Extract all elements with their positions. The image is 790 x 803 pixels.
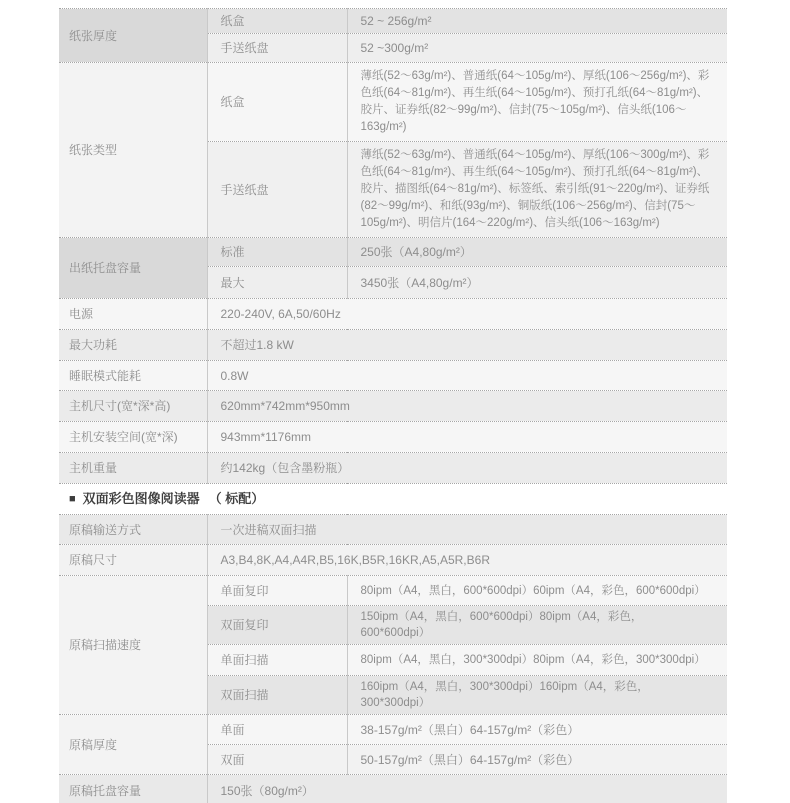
spec-value: 52 ~ 256g/m² — [347, 9, 727, 34]
spec-value: 不超过1.8 kW — [207, 330, 727, 361]
table-row: 睡眠模式能耗 0.8W — [59, 361, 727, 391]
spec-group-label: 纸张厚度 — [59, 9, 207, 63]
section-header: ■双面彩色图像阅读器（ 标配） — [59, 484, 727, 515]
table-row: 电源 220-240V, 6A,50/60Hz — [59, 299, 727, 330]
spec-value: 薄纸(52～63g/m²)、普通纸(64～105g/m²)、厚纸(106～256… — [347, 63, 727, 142]
section-header-row: ■双面彩色图像阅读器（ 标配） — [59, 484, 727, 515]
spec-value: 0.8W — [207, 361, 727, 391]
spec-value: 约142kg（包含墨粉瓶） — [207, 453, 727, 484]
spec-sub-label: 双面扫描 — [207, 676, 347, 715]
table-row: 原稿扫描速度 单面复印 80ipm（A4，黑白，600*600dpi）60ipm… — [59, 576, 727, 606]
table-row: 最大功耗 不超过1.8 kW — [59, 330, 727, 361]
spec-value: 220-240V, 6A,50/60Hz — [207, 299, 727, 330]
spec-label: 主机重量 — [59, 453, 207, 484]
spec-label: 原稿输送方式 — [59, 515, 207, 545]
spec-sub-label: 单面复印 — [207, 576, 347, 606]
spec-value: 52 ~300g/m² — [347, 34, 727, 63]
spec-value: 3450张（A4,80g/m²） — [347, 267, 727, 299]
spec-sub-label: 手送纸盘 — [207, 34, 347, 63]
spec-label: 原稿托盘容量 — [59, 775, 207, 803]
spec-sub-label: 最大 — [207, 267, 347, 299]
section-title: 双面彩色图像阅读器 — [83, 491, 200, 506]
spec-value: 150ipm（A4，黑白，600*600dpi）80ipm（A4，彩色， 600… — [347, 606, 727, 645]
spec-sub-label: 双面复印 — [207, 606, 347, 645]
spec-value: 160ipm（A4，黑白，300*300dpi）160ipm（A4，彩色， 30… — [347, 676, 727, 715]
spec-group-label: 原稿扫描速度 — [59, 576, 207, 715]
spec-sub-label: 纸盒 — [207, 9, 347, 34]
spec-value: 80ipm（A4，黑白，600*600dpi）60ipm（A4，彩色，600*6… — [347, 576, 727, 606]
spec-value: 620mm*742mm*950mm — [207, 391, 727, 422]
spec-sub-label: 纸盒 — [207, 63, 347, 142]
table-row: 原稿输送方式 一次进稿双面扫描 — [59, 515, 727, 545]
spec-sub-label: 双面 — [207, 745, 347, 775]
table-row: 原稿厚度 单面 38-157g/m²（黑白）64-157g/m²（彩色） — [59, 715, 727, 745]
table-row: 原稿尺寸 A3,B4,8K,A4,A4R,B5,16K,B5R,16KR,A5,… — [59, 545, 727, 576]
spec-sub-label: 标准 — [207, 238, 347, 267]
spec-value: 50-157g/m²（黑白）64-157g/m²（彩色） — [347, 745, 727, 775]
spec-value: A3,B4,8K,A4,A4R,B5,16K,B5R,16KR,A5,A5R,B… — [207, 545, 727, 576]
table-row: 纸张类型 纸盒 薄纸(52～63g/m²)、普通纸(64～105g/m²)、厚纸… — [59, 63, 727, 142]
spec-label: 原稿尺寸 — [59, 545, 207, 576]
table-row: 纸张厚度 纸盒 52 ~ 256g/m² — [59, 9, 727, 34]
spec-table: 纸张厚度 纸盒 52 ~ 256g/m² 手送纸盘 52 ~300g/m² 纸张… — [59, 8, 727, 803]
spec-label: 主机尺寸(宽*深*高) — [59, 391, 207, 422]
spec-sub-label: 单面扫描 — [207, 645, 347, 676]
spec-label: 主机安装空间(宽*深) — [59, 422, 207, 453]
spec-value: 薄纸(52～63g/m²)、普通纸(64～105g/m²)、厚纸(106～300… — [347, 142, 727, 238]
table-row: 主机尺寸(宽*深*高) 620mm*742mm*950mm — [59, 391, 727, 422]
spec-group-label: 原稿厚度 — [59, 715, 207, 775]
spec-value: 943mm*1176mm — [207, 422, 727, 453]
spec-label: 电源 — [59, 299, 207, 330]
spec-sub-label: 手送纸盘 — [207, 142, 347, 238]
spec-value: 38-157g/m²（黑白）64-157g/m²（彩色） — [347, 715, 727, 745]
table-row: 原稿托盘容量 150张（80g/m²） — [59, 775, 727, 803]
spec-sub-label: 单面 — [207, 715, 347, 745]
table-row: 主机重量 约142kg（包含墨粉瓶） — [59, 453, 727, 484]
table-row: 出纸托盘容量 标准 250张（A4,80g/m²） — [59, 238, 727, 267]
spec-label: 睡眠模式能耗 — [59, 361, 207, 391]
spec-group-label: 出纸托盘容量 — [59, 238, 207, 299]
spec-page: 纸张厚度 纸盒 52 ~ 256g/m² 手送纸盘 52 ~300g/m² 纸张… — [0, 0, 790, 803]
section-suffix: （ 标配） — [209, 491, 265, 506]
spec-group-label: 纸张类型 — [59, 63, 207, 238]
spec-value: 150张（80g/m²） — [207, 775, 727, 803]
spec-value: 250张（A4,80g/m²） — [347, 238, 727, 267]
spec-value: 80ipm（A4，黑白，300*300dpi）80ipm（A4，彩色，300*3… — [347, 645, 727, 676]
spec-label: 最大功耗 — [59, 330, 207, 361]
spec-value: 一次进稿双面扫描 — [207, 515, 727, 545]
square-bullet-icon: ■ — [69, 491, 76, 507]
table-row: 主机安装空间(宽*深) 943mm*1176mm — [59, 422, 727, 453]
